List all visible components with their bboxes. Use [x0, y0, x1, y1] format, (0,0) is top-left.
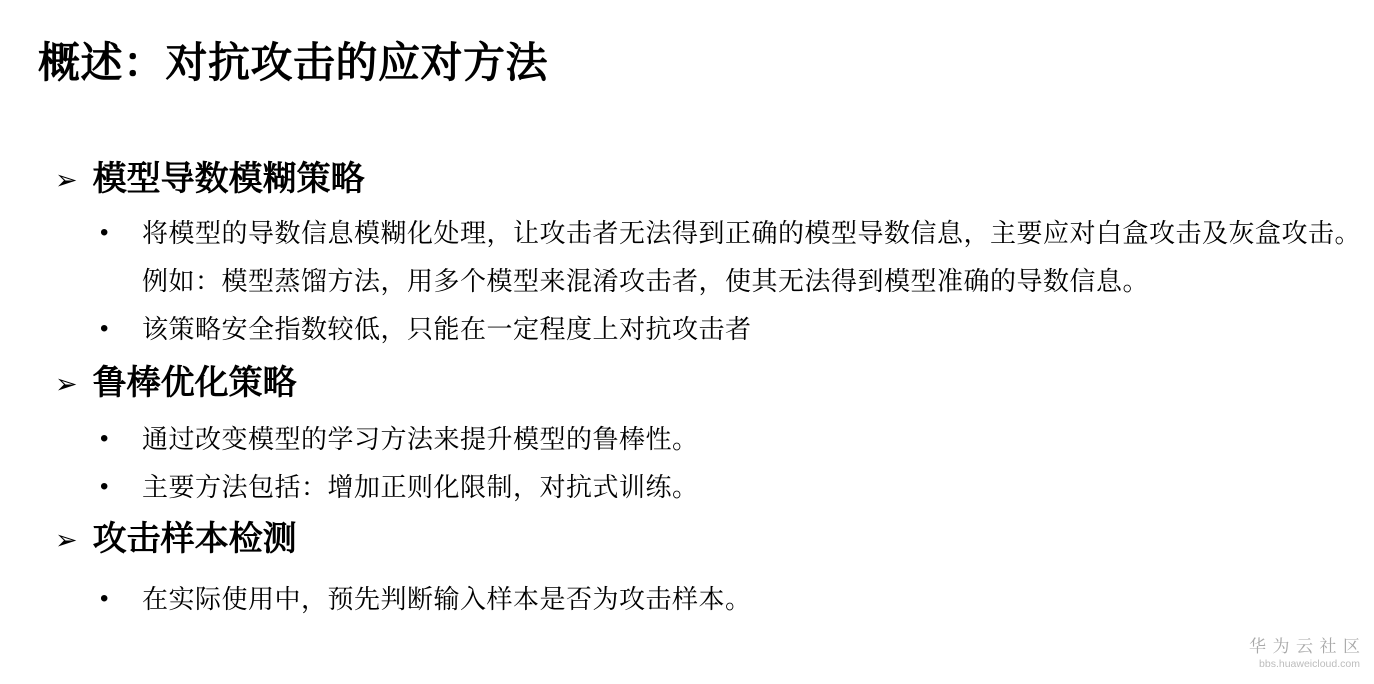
bullet-line: 主要方法包括：增加正则化限制，对抗式训练。: [142, 463, 1364, 511]
watermark-brand-text: 华为云社区: [1249, 638, 1367, 657]
dot-bullet-icon: •: [100, 305, 142, 353]
watermark: 华为云社区 bbs.huaweicloud.com: [1249, 638, 1360, 670]
section-heading-robust-optimization: ➢ 鲁棒优化策略: [55, 366, 297, 400]
bullet-text: 通过改变模型的学习方法来提升模型的鲁棒性。: [142, 415, 1364, 463]
section-2-bullets: • 通过改变模型的学习方法来提升模型的鲁棒性。 • 主要方法包括：增加正则化限制…: [100, 415, 1364, 511]
section-heading-model-gradient-obfuscation: ➢ 模型导数模糊策略: [55, 162, 365, 196]
bullet-text: 将模型的导数信息模糊化处理，让攻击者无法得到正确的模型导数信息，主要应对白盒攻击…: [142, 209, 1364, 305]
slide: 概述：对抗攻击的应对方法 ➢ 模型导数模糊策略 • 将模型的导数信息模糊化处理，…: [0, 0, 1374, 684]
arrow-bullet-icon: ➢: [55, 371, 78, 398]
dot-bullet-icon: •: [100, 209, 142, 305]
list-item: • 主要方法包括：增加正则化限制，对抗式训练。: [100, 463, 1364, 511]
bullet-line: 该策略安全指数较低，只能在一定程度上对抗攻击者: [142, 305, 1364, 353]
bullet-line: 将模型的导数信息模糊化处理，让攻击者无法得到正确的模型导数信息，主要应对白盒攻击…: [142, 209, 1364, 257]
section-1-bullets: • 将模型的导数信息模糊化处理，让攻击者无法得到正确的模型导数信息，主要应对白盒…: [100, 209, 1364, 353]
bullet-line: 例如：模型蒸馏方法，用多个模型来混淆攻击者，使其无法得到模型准确的导数信息。: [142, 257, 1364, 305]
bullet-text: 在实际使用中，预先判断输入样本是否为攻击样本。: [142, 575, 1364, 623]
dot-bullet-icon: •: [100, 575, 142, 623]
arrow-bullet-icon: ➢: [55, 167, 78, 194]
arrow-bullet-icon: ➢: [55, 527, 78, 554]
list-item: • 通过改变模型的学习方法来提升模型的鲁棒性。: [100, 415, 1364, 463]
list-item: • 在实际使用中，预先判断输入样本是否为攻击样本。: [100, 575, 1364, 623]
list-item: • 将模型的导数信息模糊化处理，让攻击者无法得到正确的模型导数信息，主要应对白盒…: [100, 209, 1364, 305]
bullet-text: 该策略安全指数较低，只能在一定程度上对抗攻击者: [142, 305, 1364, 353]
section-3-bullets: • 在实际使用中，预先判断输入样本是否为攻击样本。: [100, 575, 1364, 623]
bullet-text: 主要方法包括：增加正则化限制，对抗式训练。: [142, 463, 1364, 511]
section-heading-label: 鲁棒优化策略: [93, 366, 297, 400]
section-heading-label: 攻击样本检测: [93, 522, 297, 556]
dot-bullet-icon: •: [100, 463, 142, 511]
page-title: 概述：对抗攻击的应对方法: [38, 38, 548, 88]
section-heading-label: 模型导数模糊策略: [93, 162, 365, 196]
watermark-url-text: bbs.huaweicloud.com: [1249, 658, 1360, 671]
section-heading-attack-sample-detection: ➢ 攻击样本检测: [55, 522, 297, 556]
bullet-line: 通过改变模型的学习方法来提升模型的鲁棒性。: [142, 415, 1364, 463]
bullet-line: 在实际使用中，预先判断输入样本是否为攻击样本。: [142, 575, 1364, 623]
list-item: • 该策略安全指数较低，只能在一定程度上对抗攻击者: [100, 305, 1364, 353]
dot-bullet-icon: •: [100, 415, 142, 463]
